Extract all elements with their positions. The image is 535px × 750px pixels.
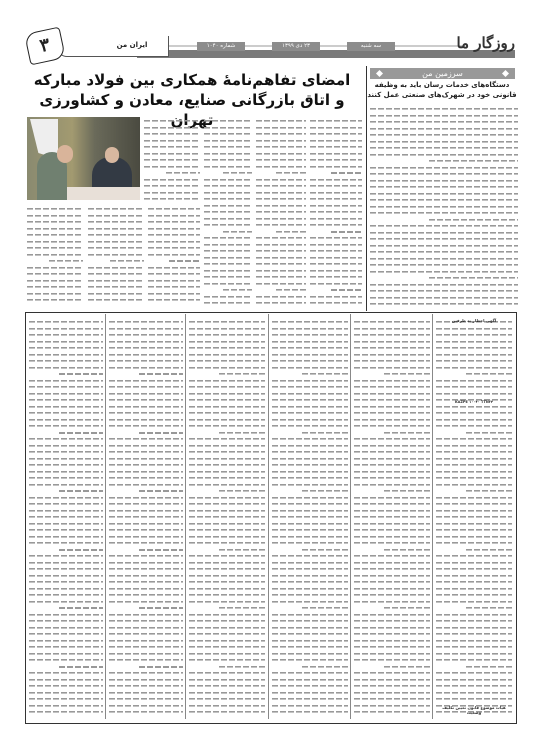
column-divider bbox=[185, 314, 186, 719]
column-divider bbox=[105, 314, 106, 719]
text-line bbox=[256, 299, 306, 306]
text-line bbox=[310, 299, 362, 306]
notice-column bbox=[272, 318, 348, 718]
text-line bbox=[144, 195, 200, 202]
desk bbox=[67, 187, 140, 200]
person-right-head bbox=[105, 147, 119, 163]
sidebar-body bbox=[370, 105, 518, 310]
notice-column bbox=[29, 318, 103, 718]
section-name: ایران من bbox=[96, 41, 168, 49]
article-column bbox=[256, 117, 306, 307]
article-column bbox=[88, 205, 144, 307]
text-line bbox=[189, 708, 265, 715]
notice-footer: هیات موضوع قانون تعیین تکلیف وضعیت bbox=[436, 705, 512, 715]
notice-heading: آگهی اخطار به طرفین bbox=[436, 318, 512, 323]
page-number: ۳ bbox=[24, 27, 66, 66]
text-line bbox=[370, 300, 518, 307]
sidebar-headline: دستگاه‌های خدمات رسان باید به وظیفه قانو… bbox=[366, 81, 518, 100]
notice-column bbox=[354, 318, 430, 718]
section-tab: ایران من bbox=[57, 36, 169, 57]
column-divider bbox=[432, 314, 433, 719]
sidebar-label-text: سرزمین من bbox=[370, 68, 515, 79]
notice-column bbox=[189, 318, 265, 718]
column-divider bbox=[268, 314, 269, 719]
issue-number: شماره ۱۰۴۰ bbox=[197, 42, 245, 51]
article-column bbox=[204, 117, 252, 307]
sidebar-section-label: سرزمین من bbox=[370, 68, 515, 79]
notice-column bbox=[109, 318, 183, 718]
notice-column bbox=[436, 318, 512, 718]
article-column bbox=[148, 205, 200, 307]
issue-date: ۲۳ دی ۱۳۹۹ bbox=[272, 42, 320, 51]
text-line bbox=[27, 296, 83, 303]
headline-line-1: امضای تفاهم‌نامهٔ همکاری بین فولاد مبارک… bbox=[24, 70, 360, 90]
column-divider bbox=[350, 314, 351, 719]
article-column bbox=[310, 117, 362, 307]
text-line bbox=[204, 299, 252, 306]
text-line bbox=[29, 708, 103, 715]
sidebar-divider bbox=[366, 66, 367, 311]
text-line bbox=[148, 296, 200, 303]
article-column bbox=[27, 205, 83, 307]
text-line bbox=[109, 708, 183, 715]
issue-day: سه شنبه bbox=[347, 42, 395, 51]
masthead: شماره ۱۰۴۰ ۲۳ دی ۱۳۹۹ سه شنبه روزگار ما … bbox=[27, 36, 515, 62]
text-line bbox=[272, 708, 348, 715]
text-line bbox=[88, 296, 144, 303]
person-left-head bbox=[57, 145, 73, 163]
plate-number: KAZPE ۱۰۰۴۰ TTN۳۴ bbox=[436, 400, 512, 404]
newspaper-page: شماره ۱۰۴۰ ۲۳ دی ۱۳۹۹ سه شنبه روزگار ما … bbox=[0, 0, 535, 750]
text-line bbox=[354, 708, 430, 715]
article-column bbox=[144, 117, 200, 205]
newspaper-logo: روزگار ما bbox=[456, 34, 515, 52]
signing-ceremony-photo bbox=[27, 117, 140, 200]
